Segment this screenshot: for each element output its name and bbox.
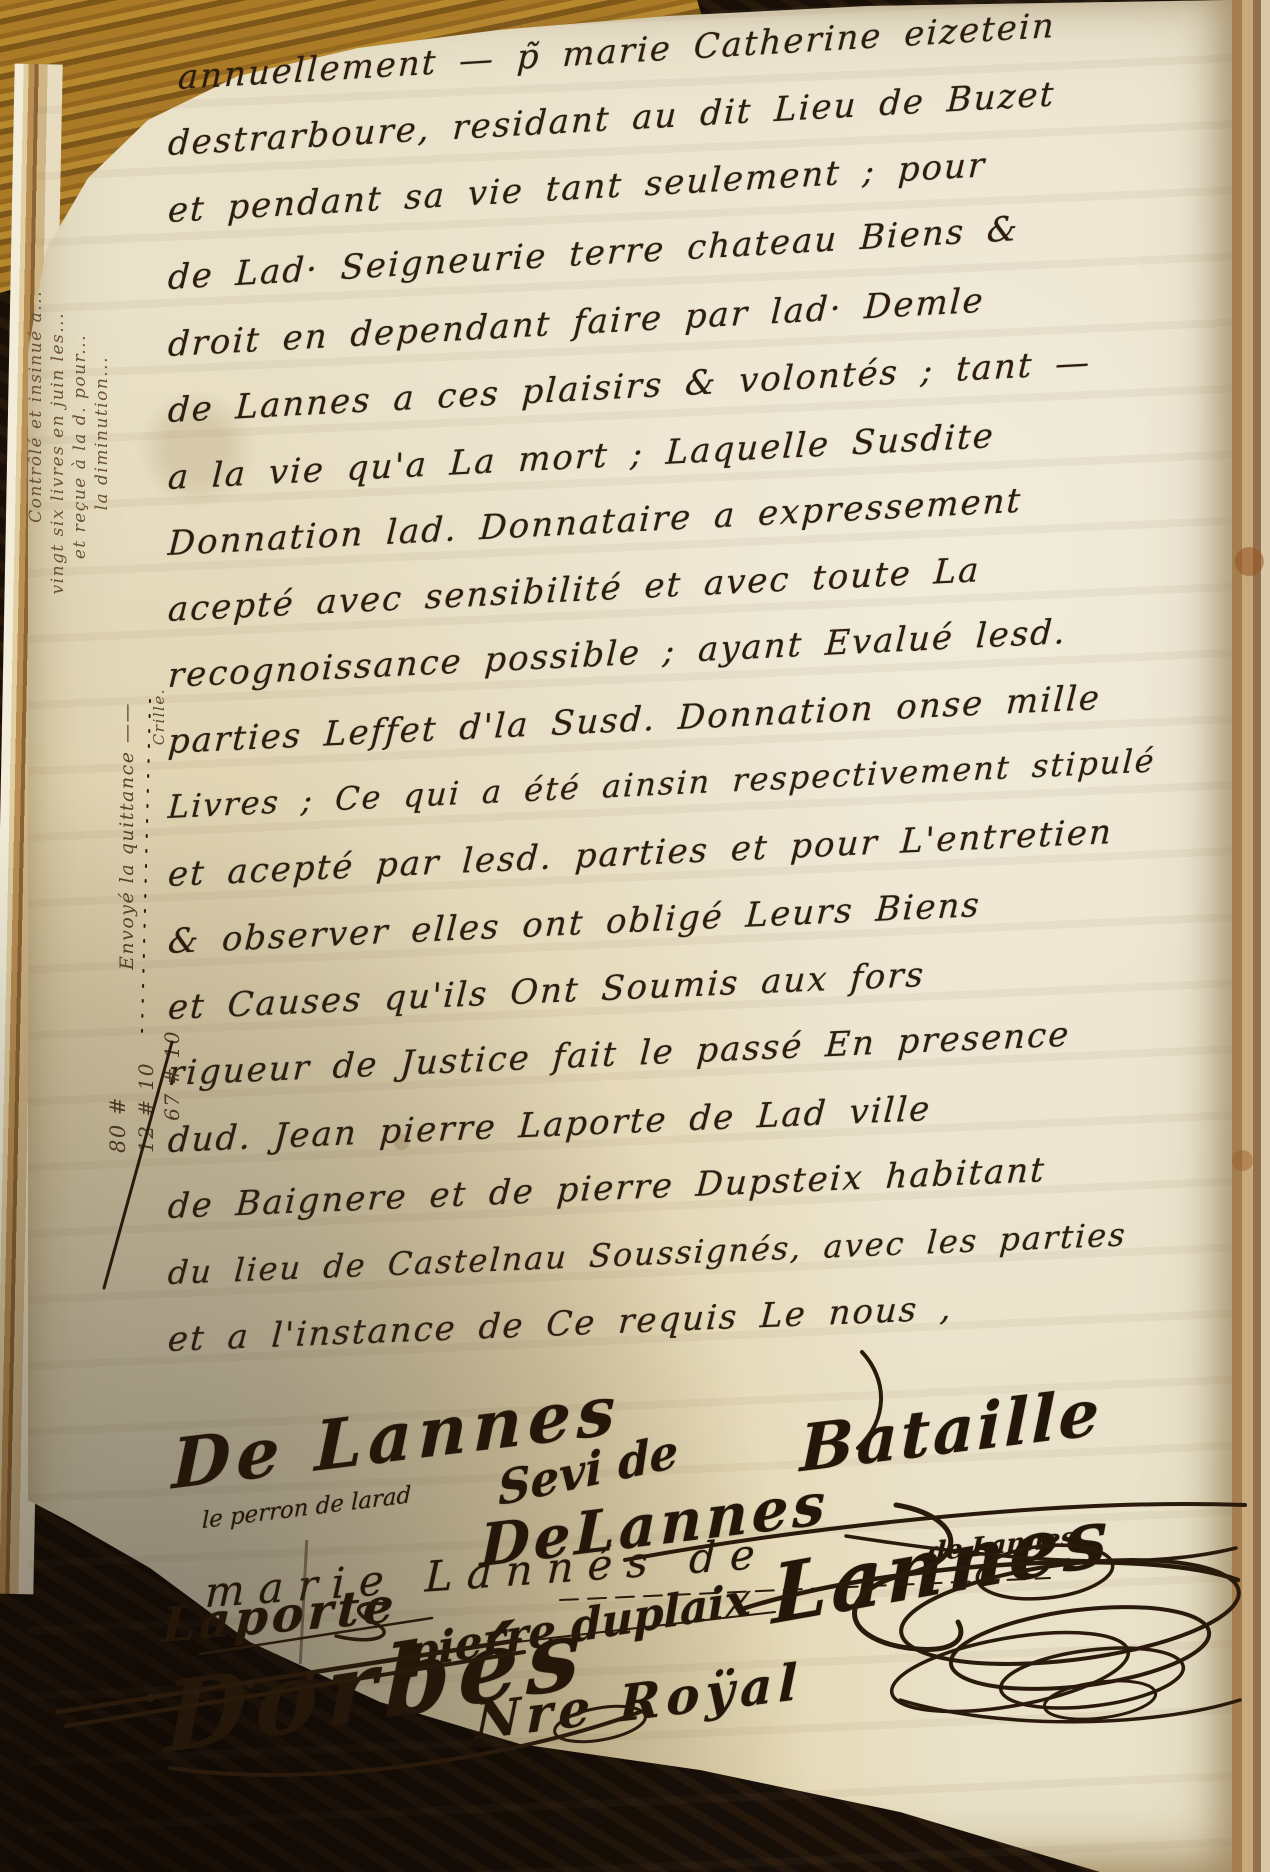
manuscript-line: dud. Jean pierre Laporte de Lad ville [167,1089,933,1161]
manuscript-line: rigueur de Justice fait le passé En pres… [167,1015,1072,1095]
manuscript-line: a la vie qu'a La mort ; Laquelle Susdite [167,416,996,498]
manuscript-line: recognoissance possible ; ayant Evalué l… [167,612,1068,696]
photo-background: { "photo": { "description": "Photograph … [0,0,1270,1872]
manuscript-line: Donnation lad. Donnataire a expressement [167,481,1023,564]
margin-account-entry: 12 # 10 [134,1062,158,1153]
manuscript-line: & observer elles ont obligé Leurs Biens [167,885,982,962]
manuscript-line: et acepté par lesd. parties et pour L'en… [167,812,1114,895]
manuscript-line: droit en dependant faire par lad· Demle [167,281,986,365]
margin-note-line: la diminution... [92,356,112,510]
margin-account-entry: 67 # 10 [160,1030,184,1121]
margin-note-line: vingt six livres en juin les... [48,312,68,594]
page-content: annuellement — p̃ marie Catherine eizete… [0,0,1270,1872]
manuscript-line: du lieu de Castelnau Soussignés, avec le… [167,1215,1128,1292]
manuscript-line: de Baignere et de pierre Dupsteix habita… [167,1150,1047,1227]
manuscript-line: parties Leffet d'la Susd. Donnation onse… [167,678,1102,762]
margin-account-total: 80 # [106,1096,130,1153]
margin-note-line: Contrôlé et insinué a... [26,290,46,523]
margin-note-line: et reçue à la d. pour... [70,334,90,559]
manuscript-line: et Causes qu'ils Ont Soumis aux fors [167,955,927,1028]
manuscript-line: acepté avec sensibilité et avec toute La [167,550,982,630]
signature-bataille: Bataille [799,1375,1102,1488]
margin-account-label: Envoyé la quittance —— [116,702,138,970]
manuscript-line: et a l'instance de Ce requis Le nous , [167,1288,955,1360]
margin-word: Crille. [150,688,168,745]
